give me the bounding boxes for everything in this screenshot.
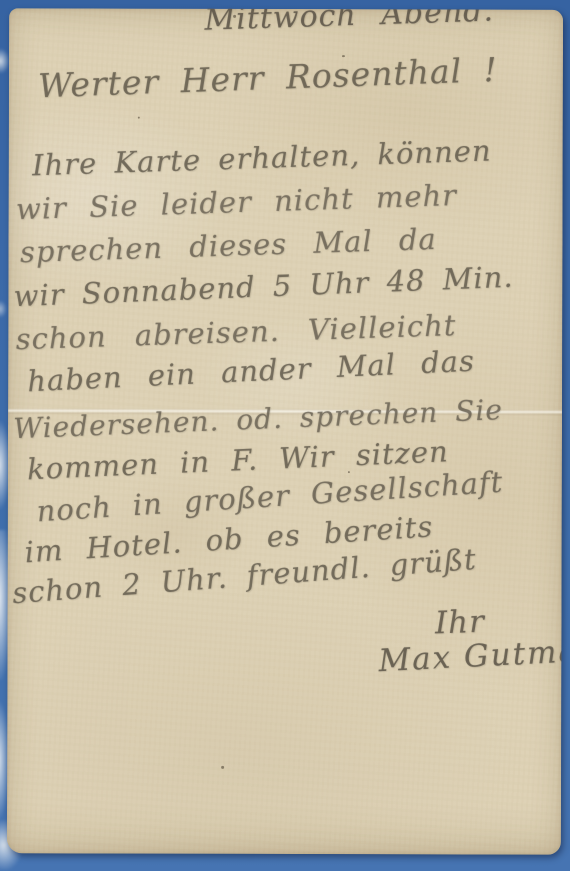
- signature: Max Gutmann: [378, 631, 564, 679]
- signature-intro: Ihr: [434, 604, 485, 642]
- salutation-line: Werter Herr Rosenthal !: [37, 50, 498, 105]
- body-line: Ihre Karte erhalten, können: [32, 134, 493, 183]
- body-line: wir Sie leider nicht mehr: [15, 178, 457, 226]
- foxing-speck: [138, 117, 140, 119]
- dateline: Mittwoch Abend.: [204, 8, 494, 38]
- body-line: wir Sonnabend 5 Uhr 48 Min.: [13, 260, 514, 314]
- postcard: Mittwoch Abend. Werter Herr Rosenthal ! …: [7, 8, 563, 854]
- body-line: sprechen dieses Mal da: [19, 222, 437, 269]
- edge-scuff-mark: [0, 300, 7, 318]
- foxing-speck: [221, 766, 224, 769]
- scanned-photo: { "document": { "dateline": "Mittwoch Ab…: [0, 0, 570, 871]
